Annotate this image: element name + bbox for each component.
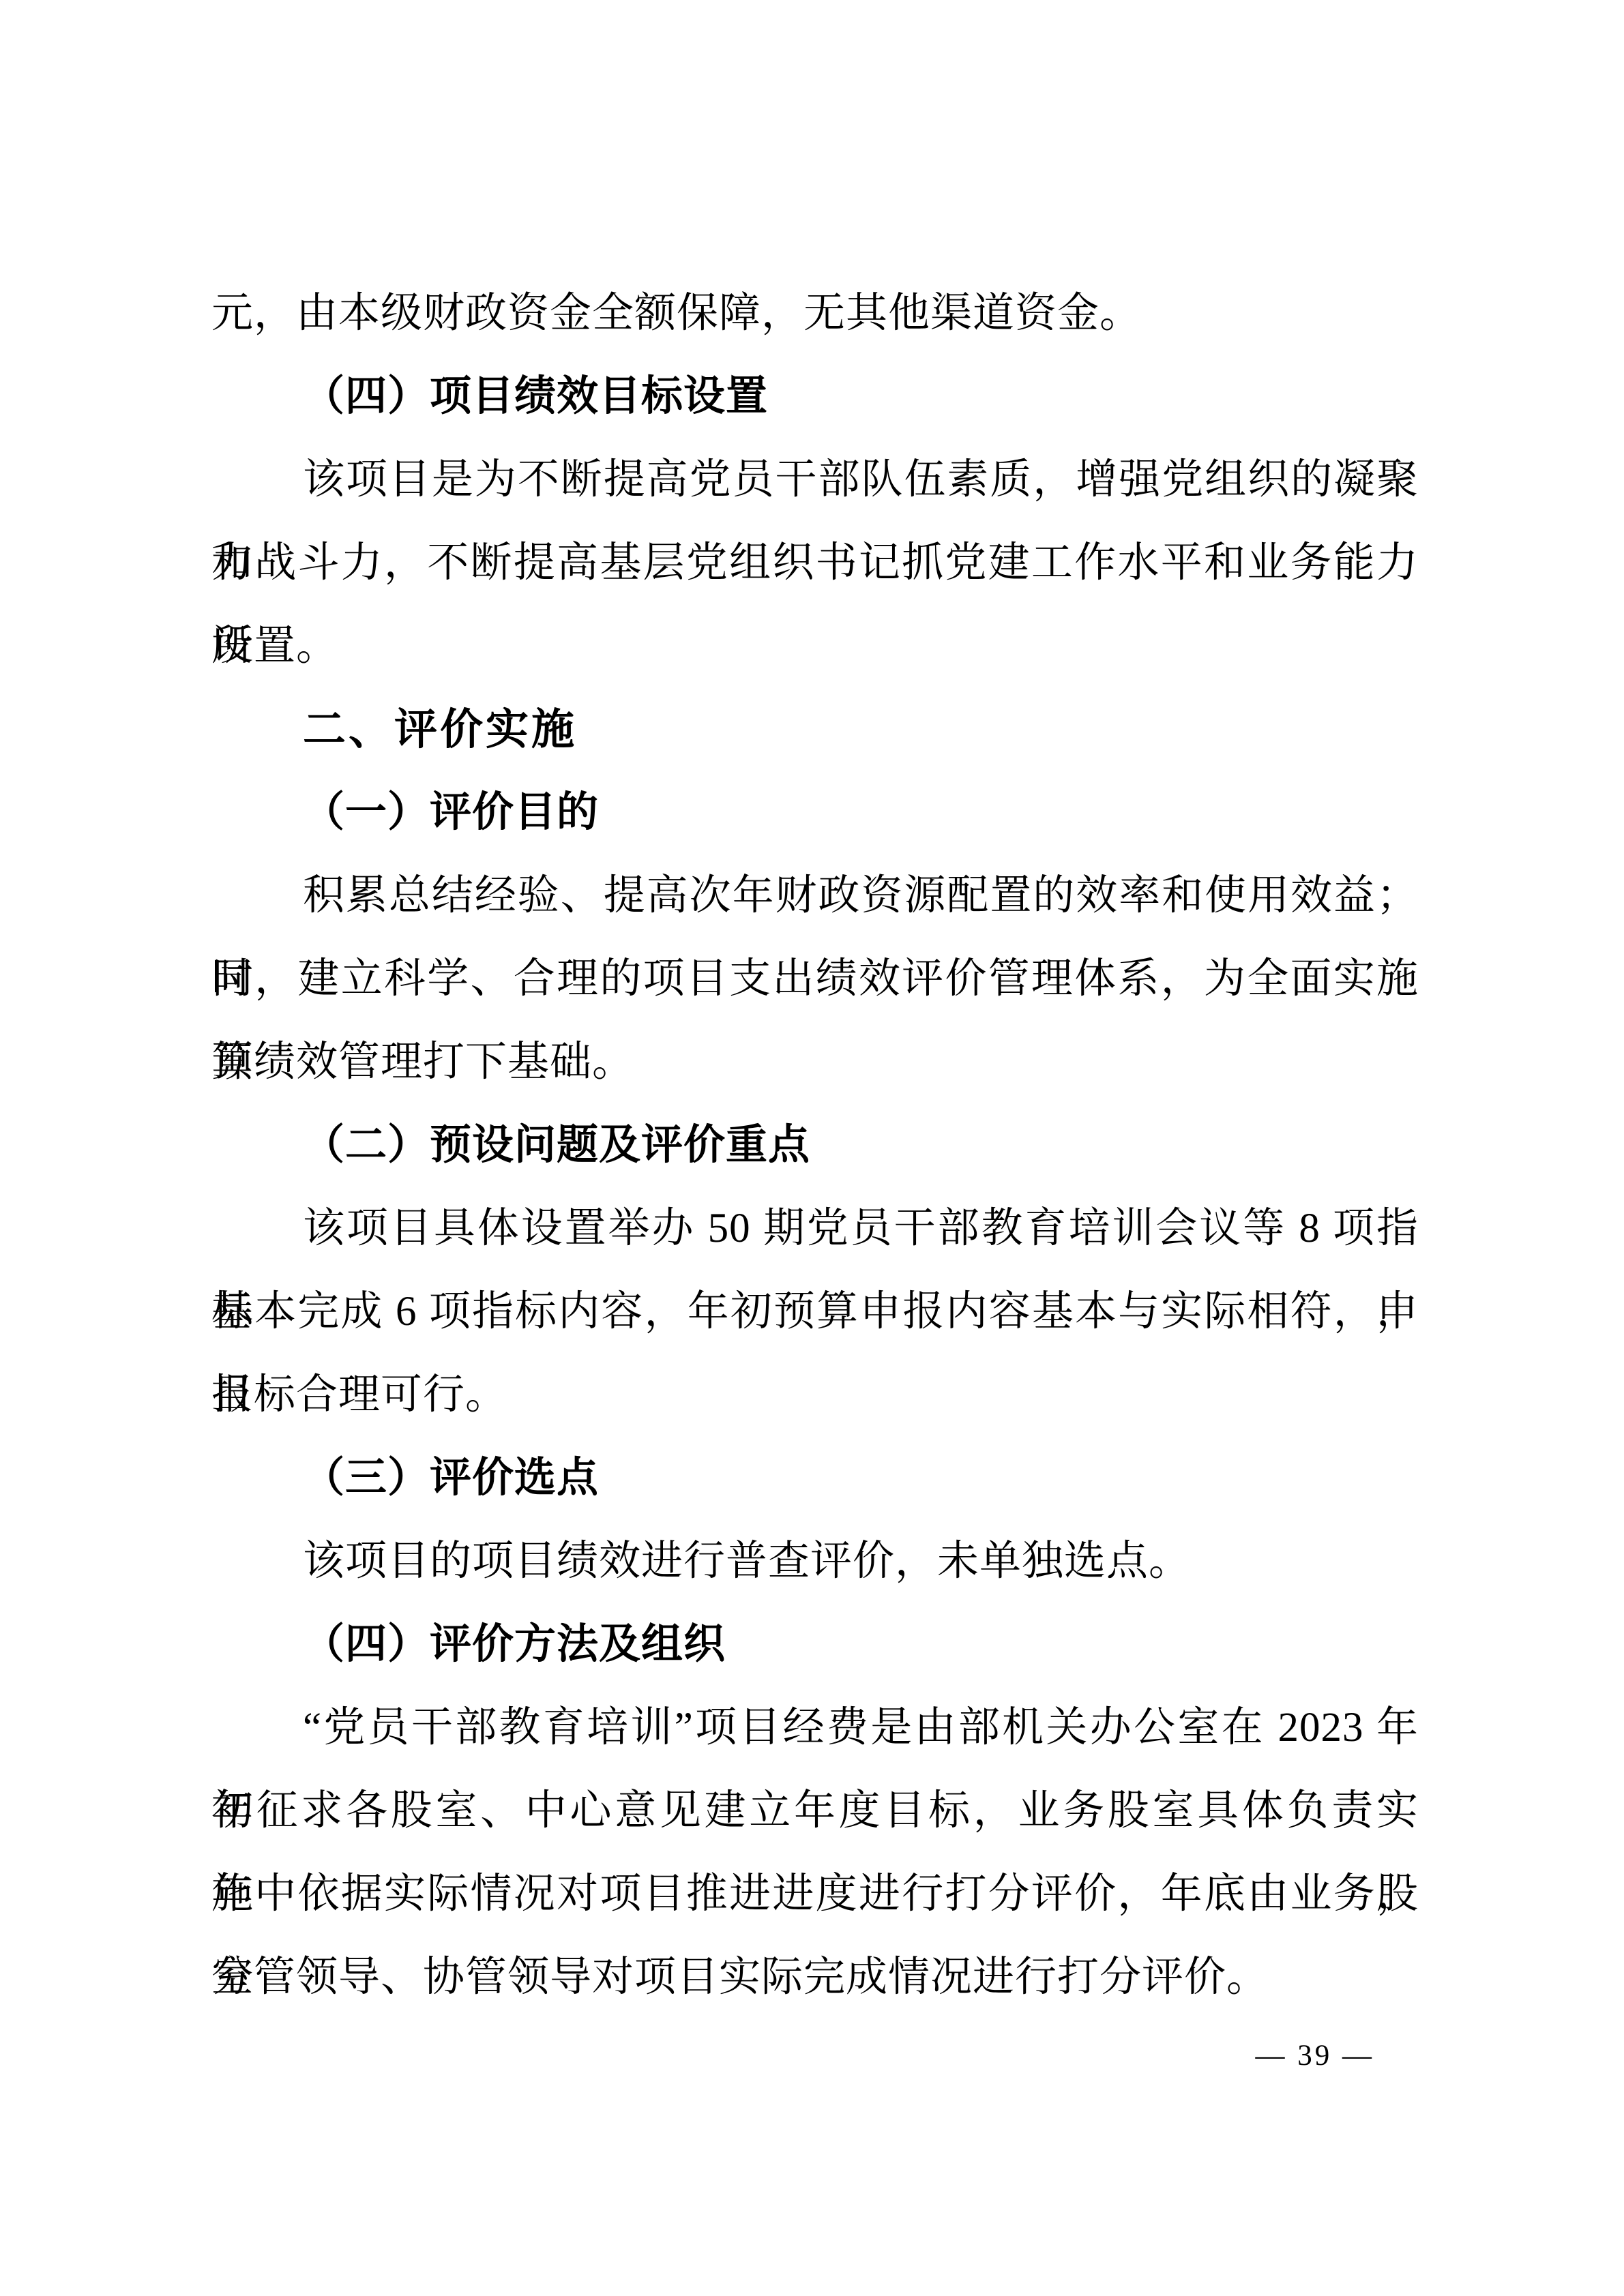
section-heading: （四）项目绩效目标设置 bbox=[211, 355, 1419, 438]
body-line: 和战斗力，不断提高基层党组织书记抓党建工作水平和业务能力所 bbox=[211, 522, 1419, 605]
page-number: — 39 — bbox=[1256, 2036, 1375, 2076]
body-line: 分管领导、协管领导对项目实际完成情况进行打分评价。 bbox=[211, 1936, 1419, 2019]
body-line: 该项目的项目绩效进行普查评价，未单独选点。 bbox=[211, 1520, 1419, 1603]
document-body: 元，由本级财政资金全额保障，无其他渠道资金。 （四）项目绩效目标设置 该项目是为… bbox=[211, 272, 1419, 2019]
body-line: “党员干部教育培训”项目经费是由部机关办公室在 2023 年年 bbox=[211, 1686, 1419, 1770]
body-line: 该项目具体设置举办 50 期党员干部教育培训会议等 8 项指标， bbox=[211, 1187, 1419, 1270]
section-heading: （三）评价选点 bbox=[211, 1437, 1419, 1520]
body-line: 初征求各股室、中心意见建立年度目标，业务股室具体负责实施， bbox=[211, 1770, 1419, 1853]
body-line: 基本完成 6 项指标内容，年初预算申报内容基本与实际相符，申报 bbox=[211, 1270, 1419, 1354]
section-heading: （二）预设问题及评价重点 bbox=[211, 1104, 1419, 1187]
body-line: 目标合理可行。 bbox=[211, 1354, 1419, 1437]
document-page: 元，由本级财政资金全额保障，无其他渠道资金。 （四）项目绩效目标设置 该项目是为… bbox=[0, 0, 1624, 2296]
chapter-heading: 二、评价实施 bbox=[211, 688, 1419, 771]
body-line: 设置。 bbox=[211, 605, 1419, 688]
section-heading: （一）评价目的 bbox=[211, 771, 1419, 854]
body-line: 该项目是为不断提高党员干部队伍素质，增强党组织的凝聚力 bbox=[211, 438, 1419, 522]
body-line: 积累总结经验、提高次年财政资源配置的效率和使用效益；同 bbox=[211, 854, 1419, 938]
body-line: 时，建立科学、合理的项目支出绩效评价管理体系，为全面实施预 bbox=[211, 938, 1419, 1021]
body-line: 算绩效管理打下基础。 bbox=[211, 1021, 1419, 1104]
body-line: 元，由本级财政资金全额保障，无其他渠道资金。 bbox=[211, 272, 1419, 355]
section-heading: （四）评价方法及组织 bbox=[211, 1603, 1419, 1686]
body-line: 年中依据实际情况对项目推进进度进行打分评价，年底由业务股室 bbox=[211, 1853, 1419, 1936]
